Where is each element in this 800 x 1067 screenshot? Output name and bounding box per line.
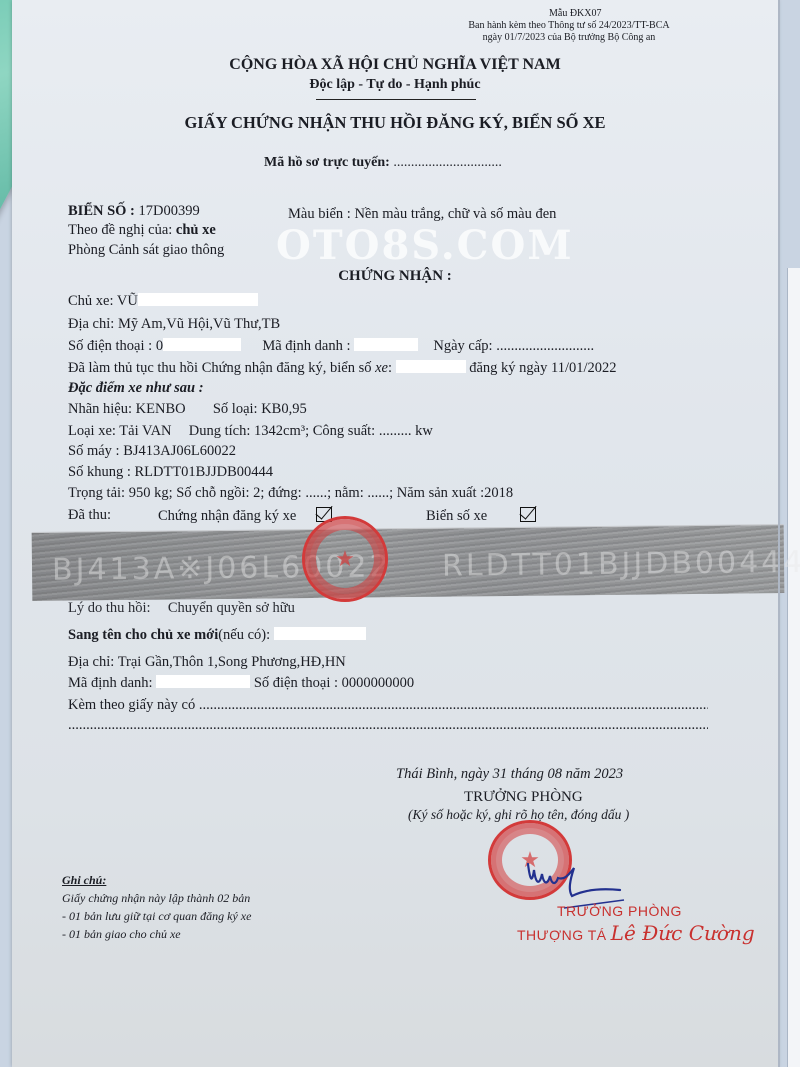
stamp-position: TRƯỞNG PHÒNG — [557, 903, 682, 919]
motto-underline — [316, 99, 476, 100]
engine-label: Số máy : — [68, 443, 120, 459]
background-sheet — [787, 268, 800, 1067]
form-code: Mẫu ĐKX07 — [439, 8, 699, 20]
owner-issue-date-value: ........................... — [496, 338, 594, 354]
attachment-line-2: ........................................… — [68, 717, 708, 734]
form-issued-date: ngày 01/7/2023 của Bộ trưởng Bộ Công an — [439, 32, 699, 44]
plate-number: BIỂN SỐ : 17D00399 — [68, 203, 200, 220]
owner-contact: Số điện thoại : 0 Mã định danh : Ngày cấ… — [68, 338, 594, 355]
new-owner-phone-value: 0000000000 — [342, 675, 415, 691]
notes-line-3: - 01 bản giao cho chủ xe — [62, 927, 181, 942]
collected-item-plate: Biển số xe — [426, 507, 536, 525]
collected-item2-label: Biển số xe — [426, 508, 487, 524]
plate-checkbox[interactable] — [520, 507, 536, 522]
form-header: Mẫu ĐKX07 Ban hành kèm theo Thông tư số … — [439, 8, 699, 44]
displacement-label: Dung tích: — [189, 423, 251, 439]
redaction — [396, 360, 466, 373]
owner-address-value: Mỹ Am,Vũ Hội,Vũ Thư,TB — [118, 316, 280, 332]
notes-line-2: - 01 bản lưu giữ tại cơ quan đăng ký xe — [62, 909, 251, 924]
payload-seats: Trọng tải: 950 kg; Số chỗ ngồi: 2; đứng:… — [68, 485, 513, 502]
motto: Độc lập - Tự do - Hạnh phúc — [12, 77, 778, 93]
displacement-value: 1342cm³; — [254, 423, 309, 439]
signer-rank: THƯỢNG TÁ — [517, 927, 607, 943]
power-value: ......... kw — [379, 423, 433, 439]
redaction — [156, 675, 250, 688]
requested-by: Theo đề nghị của: chủ xe — [68, 222, 216, 239]
owner-name-value: VŨ — [117, 293, 138, 309]
requested-by-value: chủ xe — [176, 222, 216, 238]
new-owner-id-label: Mã định danh: — [68, 675, 153, 691]
redaction — [138, 293, 258, 306]
plate-color-value: Nền màu trắng, chữ và số màu đen — [354, 206, 556, 222]
chassis-rubbing: RLDTT01BJJDB00444 — [442, 545, 800, 584]
attachment-label: Kèm theo giấy này có — [68, 697, 195, 713]
model-value: KB0,95 — [261, 401, 307, 417]
owner-name: Chủ xe: VŨ — [68, 293, 258, 310]
collected-item1-label: Chứng nhận đăng ký xe — [158, 508, 296, 524]
type-value: Tải VAN — [119, 423, 171, 439]
reason-label: Lý do thu hồi: — [68, 600, 151, 616]
online-code-label: Mã hồ sơ trực tuyến: — [264, 155, 390, 170]
owner-issue-date-label: Ngày cấp: — [433, 338, 492, 354]
official-stamp: ★ — [302, 516, 388, 602]
signer-position: TRƯỞNG PHÒNG — [464, 789, 583, 806]
notes-line-1: Giấy chứng nhận này lập thành 02 bản — [62, 891, 250, 906]
type-label: Loại xe: — [68, 423, 116, 439]
document-title: GIẤY CHỨNG NHẬN THU HỒI ĐĂNG KÝ, BIỂN SỐ… — [12, 113, 778, 133]
vehicle-type-specs: Loại xe: Tải VAN Dung tích: 1342cm³; Côn… — [68, 423, 433, 440]
owner-phone-value: 0 — [156, 338, 163, 354]
vehicle-section-label: Đặc điểm xe như sau : — [68, 380, 204, 397]
reason: Lý do thu hồi: Chuyển quyền sở hữu — [68, 600, 295, 617]
star-icon: ★ — [335, 546, 355, 572]
notes-title: Ghi chú: — [62, 873, 106, 888]
new-owner-phone-label: Số điện thoại : — [254, 675, 338, 691]
requested-by-label: Theo đề nghị của: — [68, 222, 172, 238]
chassis-value: RLDTT01BJJDB00444 — [134, 464, 273, 480]
department: Phòng Cảnh sát giao thông — [68, 242, 224, 259]
plate-label: BIỂN SỐ : — [68, 203, 135, 219]
model-label: Số loại: — [213, 401, 258, 417]
form-issued-with: Ban hành kèm theo Thông tư số 24/2023/TT… — [439, 20, 699, 32]
plate-color: Màu biển : Nền màu trắng, chữ và số màu … — [288, 206, 556, 223]
revocation-text: Đã làm thủ tục thu hồi Chứng nhận đăng k… — [68, 360, 375, 376]
seats: Số chỗ ngồi: 2; đứng: ......; nằm: .....… — [176, 485, 513, 501]
new-owner-contact: Mã định danh: Số điện thoại : 0000000000 — [68, 675, 414, 692]
revocation-xe: xe — [375, 360, 388, 376]
power-label: Công suất: — [313, 423, 375, 439]
owner-address: Địa chỉ: Mỹ Am,Vũ Hội,Vũ Thư,TB — [68, 316, 280, 333]
engine-number: Số máy : BJ413AJ06L60022 — [68, 443, 236, 460]
signer-name: Lê Đức Cường — [611, 921, 755, 945]
redaction — [163, 338, 241, 351]
engine-value: BJ413AJ06L60022 — [123, 443, 236, 459]
chassis-number: Số khung : RLDTT01BJJDB00444 — [68, 464, 273, 481]
online-code: Mã hồ sơ trực tuyến: ...................… — [264, 155, 502, 171]
new-owner-label: Sang tên cho chủ xe mới — [68, 627, 218, 643]
nation-heading: CỘNG HÒA XÃ HỘI CHỦ NGHĨA VIỆT NAM — [12, 56, 778, 74]
owner-phone-label: Số điện thoại : — [68, 338, 152, 354]
plate-value: 17D00399 — [139, 203, 200, 219]
revocation-statement: Đã làm thủ tục thu hồi Chứng nhận đăng k… — [68, 360, 617, 377]
online-code-value: ............................... — [393, 155, 502, 170]
collected-label: Đã thu: — [68, 507, 111, 524]
handwritten-signature — [524, 850, 634, 910]
plate-color-label: Màu biển : — [288, 206, 351, 222]
place-date: Thái Bình, ngày 31 tháng 08 năm 2023 — [396, 766, 623, 783]
chassis-label: Số khung : — [68, 464, 131, 480]
brand-value: KENBO — [136, 401, 186, 417]
signer-name-block: THƯỢNG TÁ Lê Đức Cường — [517, 921, 755, 945]
reason-value: Chuyển quyền sở hữu — [168, 600, 295, 616]
attachment-dots: ........................................… — [199, 697, 708, 713]
new-owner-address: Địa chỉ: Trại Gần,Thôn 1,Song Phương,HĐ,… — [68, 654, 346, 671]
owner-name-label: Chủ xe: — [68, 293, 114, 309]
owner-id-label: Mã định danh : — [262, 338, 350, 354]
collected-item-registration: Chứng nhận đăng ký xe — [158, 507, 332, 525]
certifies-heading: CHỨNG NHẬN : — [12, 268, 778, 285]
pencil-rubbing: BJ413A※J06L60022 RLDTT01BJJDB00444 — [32, 524, 785, 601]
revocation-date: đăng ký ngày 11/01/2022 — [469, 360, 616, 376]
redaction — [354, 338, 418, 351]
new-owner-address-label: Địa chỉ: — [68, 654, 114, 670]
new-owner: Sang tên cho chủ xe mới(nếu có): — [68, 627, 366, 644]
new-owner-address-value: Trại Gần,Thôn 1,Song Phương,HĐ,HN — [118, 654, 346, 670]
paper-edge — [778, 0, 780, 1067]
new-owner-label-suffix: (nếu có): — [218, 627, 270, 643]
redaction — [274, 627, 366, 640]
watermark: OTO8S.COM — [276, 222, 574, 269]
vehicle-brand-model: Nhãn hiệu: KENBO Số loại: KB0,95 — [68, 401, 307, 418]
attachment-line: Kèm theo giấy này có ...................… — [68, 697, 708, 714]
certificate-document: Mẫu ĐKX07 Ban hành kèm theo Thông tư số … — [12, 0, 778, 1067]
payload: Trọng tải: 950 kg; — [68, 485, 173, 501]
brand-label: Nhãn hiệu: — [68, 401, 132, 417]
owner-address-label: Địa chỉ: — [68, 316, 114, 332]
